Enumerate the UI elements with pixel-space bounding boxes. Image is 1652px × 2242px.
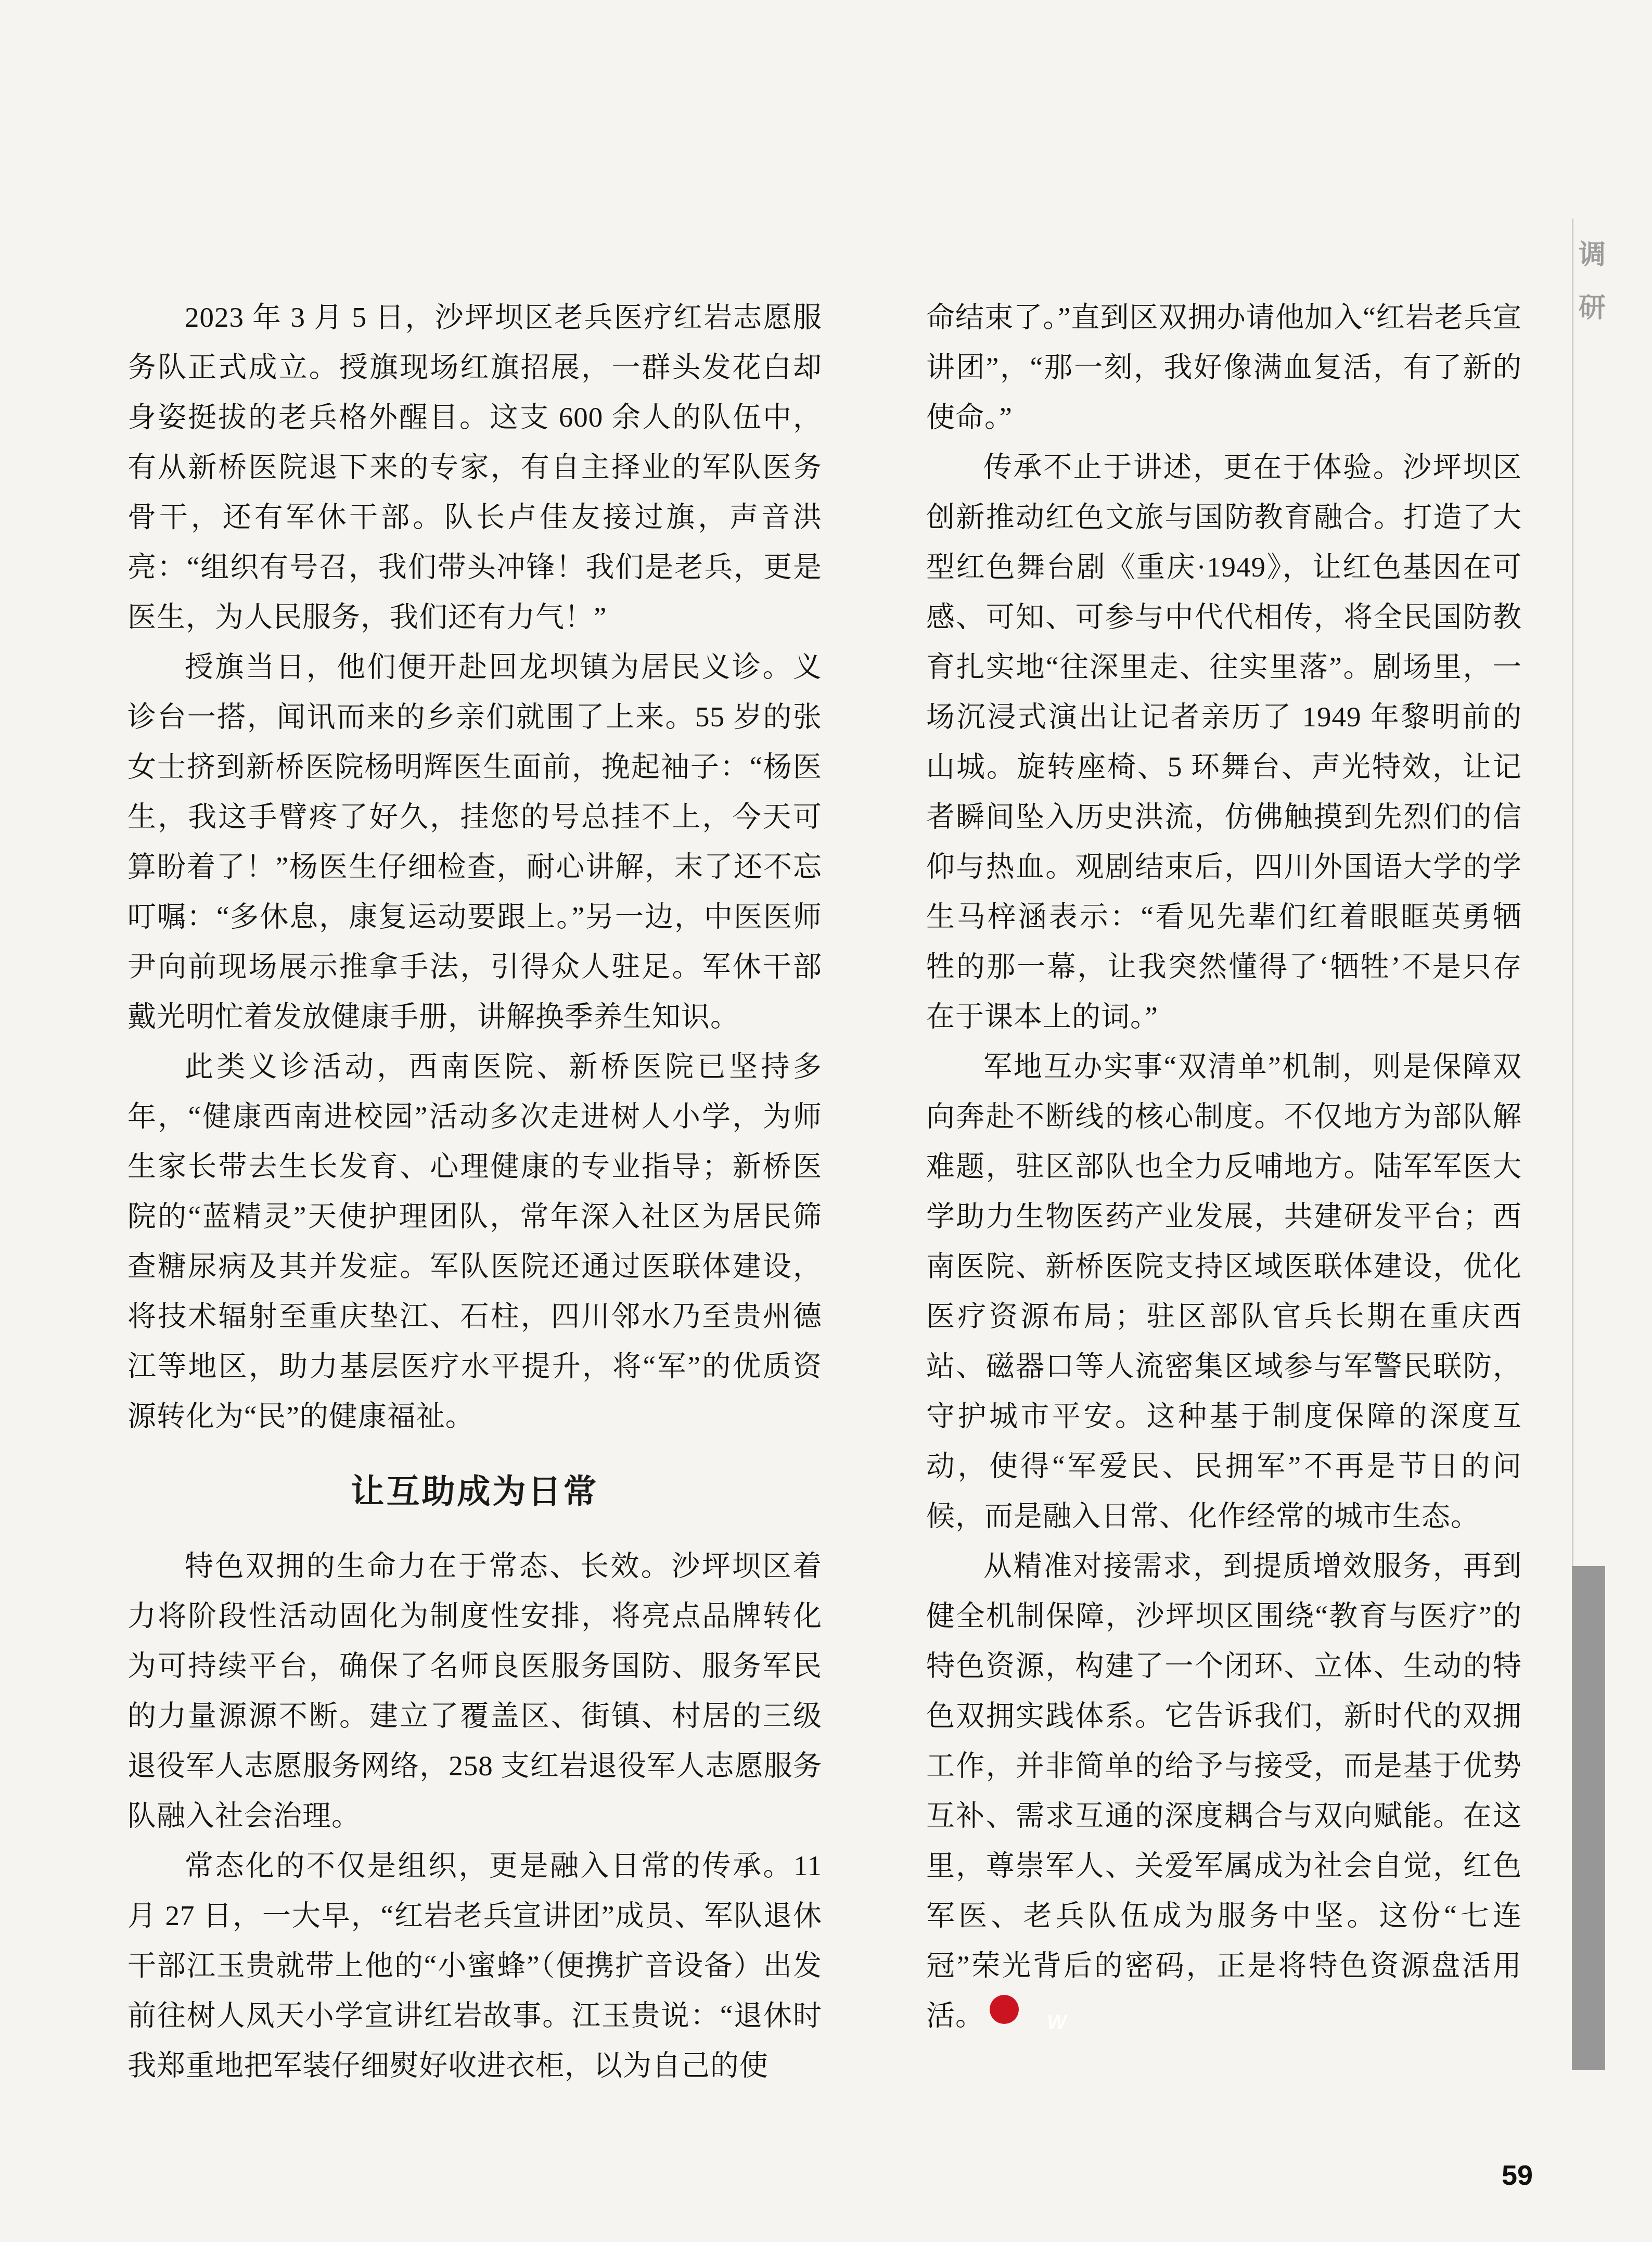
article-column-right: 命结束了。”直到区双拥办请他加入“红岩老兵宣讲团”，“那一刻，我好像满血复活，有… <box>926 292 1522 2041</box>
section-category-label: 调 研 <box>1579 240 1606 323</box>
paragraph: 军地互办实事“双清单”机制，则是保障双向奔赴不断线的核心制度。不仅地方为部队解难… <box>926 1042 1522 1541</box>
article-column-left: 2023 年 3 月 5 日，沙坪坝区老兵医疗红岩志愿服务队正式成立。授旗现场红… <box>127 292 822 2091</box>
paragraph: 2023 年 3 月 5 日，沙坪坝区老兵医疗红岩志愿服务队正式成立。授旗现场红… <box>127 292 822 642</box>
paragraph: 传承不止于讲述，更在于体验。沙坪坝区创新推动红色文旅与国防教育融合。打造了大型红… <box>926 442 1522 1042</box>
paragraph-final: 从精准对接需求，到提质增效服务，再到健全机制保障，沙坪坝区围绕“教育与医疗”的特… <box>926 1541 1522 2041</box>
paragraph-continuation: 命结束了。”直到区双拥办请他加入“红岩老兵宣讲团”，“那一刻，我好像满血复活，有… <box>926 292 1522 442</box>
paragraph: 特色双拥的生命力在于常态、长效。沙坪坝区着力将阶段性活动固化为制度性安排，将亮点… <box>127 1541 822 1841</box>
page-number: 59 <box>1502 2160 1533 2190</box>
margin-gray-bar <box>1572 1566 1605 2070</box>
magazine-page: 2023 年 3 月 5 日，沙坪坝区老兵医疗红岩志愿服务队正式成立。授旗现场红… <box>0 0 1652 2242</box>
section-category-char: 研 <box>1579 293 1606 323</box>
article-end-mark-icon: W <box>990 1995 1019 2024</box>
paragraph: 授旗当日，他们便开赴回龙坝镇为居民义诊。义诊台一搭，闻讯而来的乡亲们就围了上来。… <box>127 642 822 1042</box>
section-category-char: 调 <box>1579 240 1606 270</box>
paragraph: 此类义诊活动，西南医院、新桥医院已坚持多年，“健康西南进校园”活动多次走进树人小… <box>127 1042 822 1441</box>
paragraph: 常态化的不仅是组织，更是融入日常的传承。11 月 27 日，一大早，“红岩老兵宣… <box>127 1841 822 2091</box>
margin-rule-line <box>1572 219 1573 1566</box>
paragraph-final-text: 从精准对接需求，到提质增效服务，再到健全机制保障，沙坪坝区围绕“教育与医疗”的特… <box>926 1550 1522 2031</box>
article-end-mark-glyph: W <box>1047 2008 1067 2037</box>
section-heading: 让互助成为日常 <box>127 1466 822 1516</box>
